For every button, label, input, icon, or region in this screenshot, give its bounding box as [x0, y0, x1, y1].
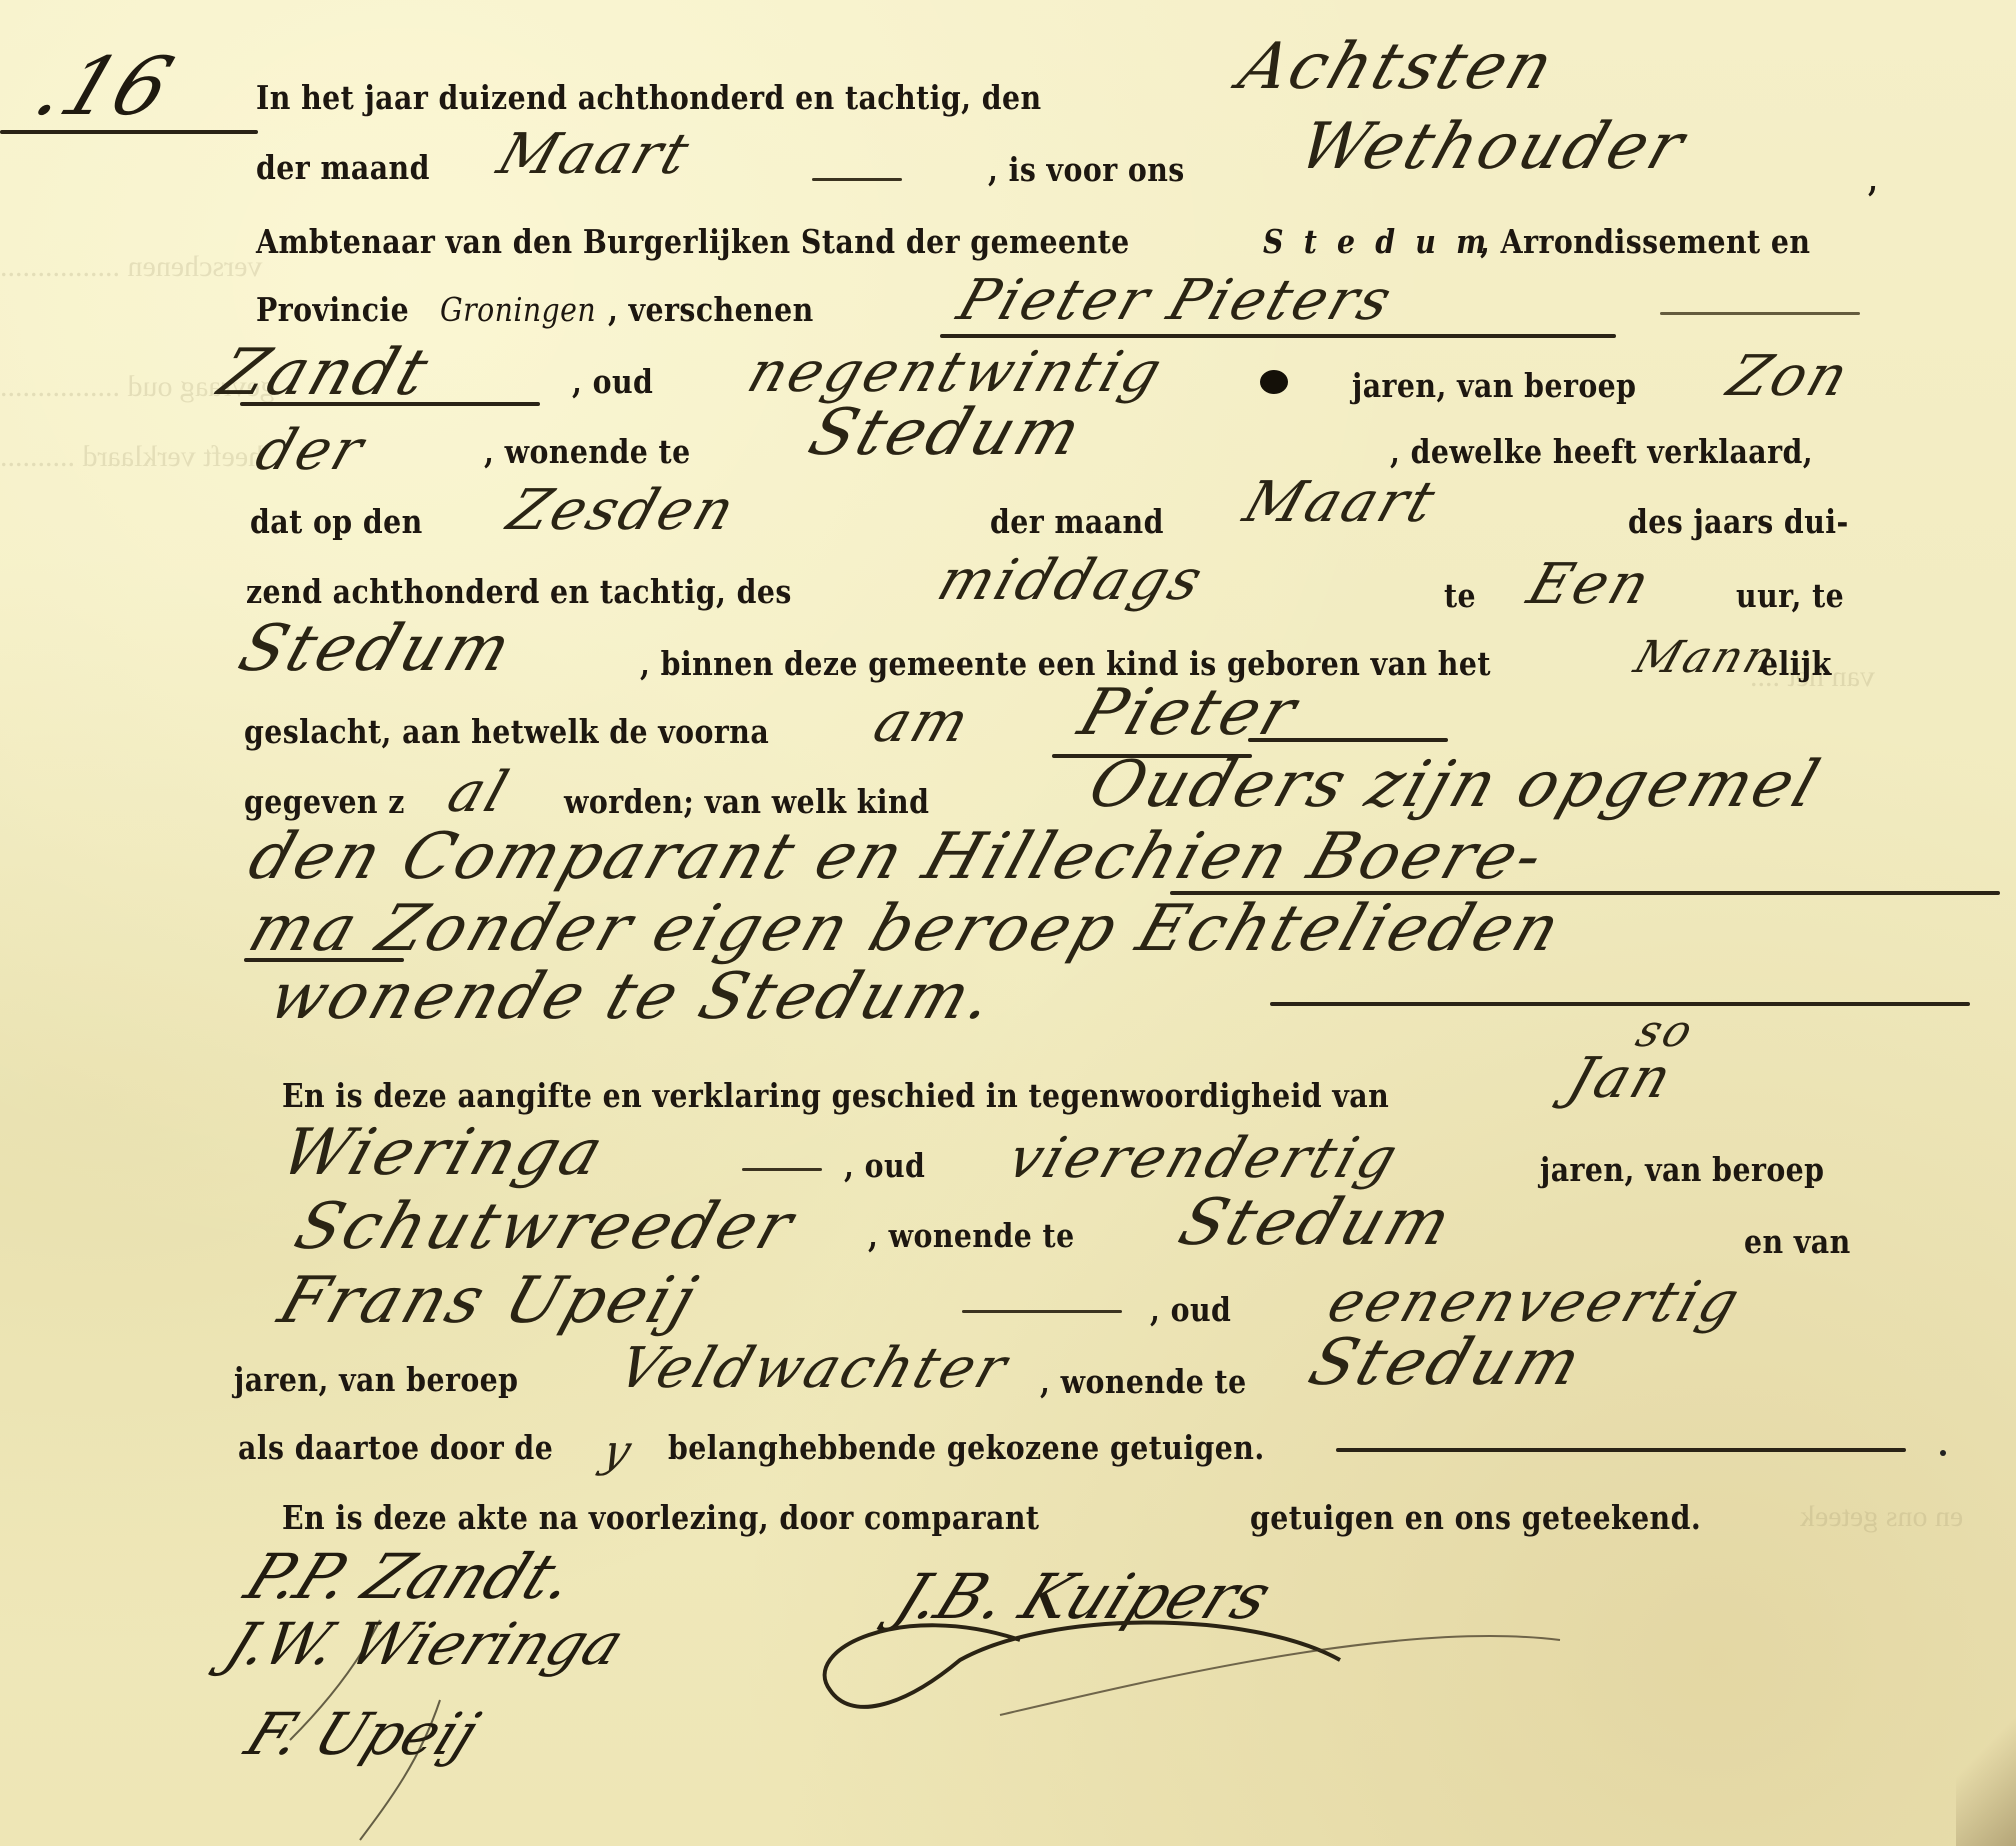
- printed-te: te: [1444, 576, 1476, 615]
- handwritten-witness2-name: Frans Upeij: [270, 1264, 708, 1338]
- printed-jaren-beroep-2: jaren, van beroep: [1540, 1150, 1824, 1189]
- printed-arrondissement: , Arrondissement en: [1480, 222, 1810, 261]
- surname-underline: [240, 402, 540, 406]
- printed-dewelke: , dewelke heeft verklaard,: [1390, 432, 1813, 471]
- handwritten-official-title: Wethouder: [1290, 110, 1696, 184]
- handwritten-birth-month: Maart: [1236, 470, 1446, 535]
- printed-zend-achthonderd: zend achthonderd en tachtig, des: [246, 572, 792, 611]
- signature-witness2: F. Upeij: [236, 1700, 488, 1768]
- printed-jaren-beroep: jaren, van beroep: [1352, 366, 1636, 405]
- printed-belanghebbende: belanghebbende gekozene getuigen.: [668, 1428, 1265, 1467]
- handwritten-witness1-first-name: Jan: [1560, 1046, 1682, 1111]
- signature-witness1: J.W. Wieringa: [216, 1610, 634, 1678]
- birth-certificate-page: verschenen ................ gevraag oud …: [0, 0, 2016, 1846]
- printed-municipality: S t e d u m: [1263, 222, 1491, 261]
- handwritten-declarant-first-name: Pieter Pieters: [950, 268, 1402, 333]
- fill-line: [742, 1168, 822, 1171]
- fill-line: [1270, 1002, 1970, 1006]
- handwritten-day: Achtsten: [1230, 30, 1565, 104]
- handwritten-birth-place: Stedum: [230, 612, 522, 686]
- printed-oud-3: , oud: [1150, 1290, 1231, 1329]
- printed-binnen-deze-gemeente: , binnen deze gemeente een kind is gebor…: [640, 644, 1491, 683]
- fill-line: [962, 1310, 1122, 1313]
- printed-der-maand-2: der maand: [990, 502, 1164, 541]
- handwritten-month: Maart: [490, 122, 700, 187]
- handwritten-occupation-part2: der: [248, 418, 374, 483]
- printed-comma: ,: [1868, 160, 1878, 199]
- printed-oud-2: , oud: [844, 1146, 925, 1185]
- printed-worden-van-welk-kind: worden; van welk kind: [564, 782, 929, 821]
- printed-des-jaars: des jaars dui-: [1628, 502, 1849, 541]
- handwritten-name-prefix: am: [866, 690, 980, 755]
- handwritten-occupation-part1: Zon: [1720, 344, 1859, 409]
- printed-wonende-te: , wonende te: [484, 432, 691, 471]
- signature-declarant: P.P. Zandt.: [235, 1540, 586, 1613]
- fill-line: [1660, 312, 1860, 315]
- bleed-through-text: en ons geteek: [1800, 1500, 1963, 1534]
- handwritten-insert-y: y: [596, 1426, 640, 1477]
- handwritten-parents-line-4: wonende te Stedum.: [260, 960, 1005, 1034]
- printed-uur-te: uur, te: [1736, 576, 1844, 615]
- printed-line-1: In het jaar duizend achthonderd en tacht…: [256, 78, 1042, 117]
- printed-elijk: elijk: [1760, 644, 1832, 683]
- printed-oud: , oud: [572, 362, 653, 401]
- handwritten-declarant-surname: Zandt: [210, 336, 440, 410]
- printed-gegeven-z: gegeven z: [244, 782, 405, 821]
- handwritten-parents-line-1: Ouders zijn opgemel: [1080, 748, 1830, 822]
- handwritten-witness1-surname: Wieringa: [272, 1116, 614, 1190]
- printed-verschenen: , verschenen: [608, 290, 814, 329]
- handwritten-parents-line-2: den Comparant en Hillechien Boere-: [240, 820, 1555, 894]
- printed-province-name: Groningen: [440, 290, 596, 329]
- handwritten-witness1-age: vierendertig: [1000, 1126, 1408, 1191]
- handwritten-residence: Stedum: [800, 396, 1092, 470]
- handwritten-witness2-residence: Stedum: [1300, 1326, 1592, 1400]
- fill-line: [1336, 1448, 1906, 1452]
- bleed-through-text: heeft verklaard ..........: [0, 440, 263, 474]
- printed-provincie: Provincie: [256, 290, 409, 329]
- handwritten-time-of-day: middags: [930, 548, 1213, 613]
- signature-official: J.B. Kuipers: [885, 1560, 1282, 1633]
- bleed-through-text: verschenen ................: [0, 250, 262, 284]
- handwritten-birth-day: Zesden: [500, 478, 745, 543]
- name-underline: [940, 334, 1616, 338]
- handwritten-hour: Een: [1520, 552, 1660, 617]
- printed-en-is-deze-aangifte: En is deze aangifte en verklaring geschi…: [282, 1076, 1389, 1115]
- printed-is-voor-ons: , is voor ons: [988, 150, 1185, 189]
- printed-ambtenaar: Ambtenaar van den Burgerlijken Stand der…: [256, 222, 1130, 261]
- paper-edge-shadow: [1956, 1646, 2016, 1846]
- ink-blot: [1260, 370, 1288, 394]
- handwritten-zal-suffix: al: [440, 760, 518, 825]
- handwritten-witness1-residence: Stedum: [1170, 1186, 1462, 1260]
- printed-wonende-te-3: , wonende te: [1040, 1362, 1247, 1401]
- printed-geslacht: geslacht, aan hetwelk de voorna: [244, 712, 769, 751]
- printed-der-maand: der maand: [256, 148, 430, 187]
- handwritten-witness1-occupation: Schutwreeder: [286, 1190, 804, 1264]
- printed-en-is-deze-akte: En is deze akte na voorlezing, door comp…: [282, 1498, 1039, 1537]
- act-number: .16: [23, 40, 184, 133]
- period-mark: [1940, 1450, 1946, 1456]
- printed-en-van: en van: [1744, 1222, 1851, 1261]
- fill-line: [812, 178, 902, 181]
- handwritten-parents-line-3: ma Zonder eigen beroep Echtelieden: [240, 892, 1571, 966]
- printed-dat-op-den: dat op den: [250, 502, 423, 541]
- printed-wonende-te-2: , wonende te: [868, 1216, 1075, 1255]
- act-number-underline: [0, 130, 258, 134]
- printed-getuigen-geteekend: getuigen en ons geteekend.: [1250, 1498, 1701, 1537]
- printed-jaren-beroep-3: jaren, van beroep: [234, 1360, 518, 1399]
- handwritten-witness2-occupation: Veldwachter: [610, 1336, 1017, 1401]
- printed-als-daartoe: als daartoe door de: [238, 1428, 553, 1467]
- fill-line: [1248, 738, 1448, 742]
